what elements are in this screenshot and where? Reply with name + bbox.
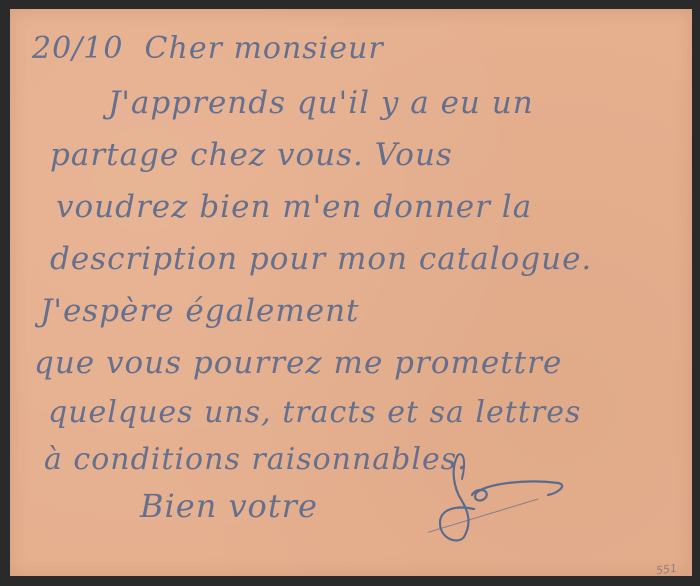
body-line: description pour mon catalogue. (50, 241, 592, 277)
archive-number: 551 (655, 562, 678, 578)
postcard: 20/10 Cher monsieur J'apprends qu'il y a… (10, 9, 692, 576)
body-line: quelques uns, tracts et sa lettres (48, 395, 581, 430)
body-line: voudrez bien m'en donner la (56, 189, 532, 225)
salutation: Cher monsieur (145, 31, 384, 66)
body-line: J'espère également (40, 293, 360, 329)
body-line: que vous pourrez me promettre (34, 345, 562, 381)
date-text: 20/10 Cher monsieur (32, 31, 384, 66)
signature-icon (428, 449, 588, 549)
body-line: partage chez vous. Vous (50, 137, 453, 173)
body-line: J'apprends qu'il y a eu un (108, 85, 534, 121)
closing-text: Bien votre (140, 487, 318, 525)
body-line: à conditions raisonnables. (44, 442, 468, 477)
